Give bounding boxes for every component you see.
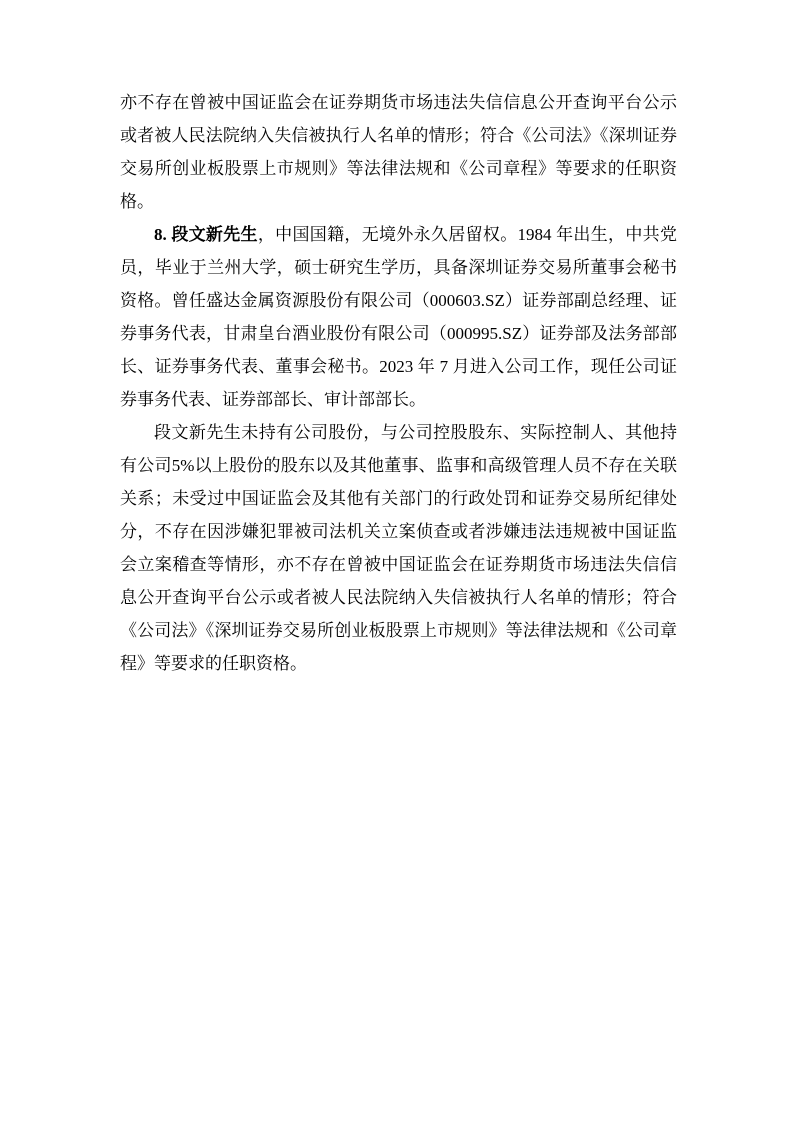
- paragraph-disclosure: 段文新先生未持有公司股份，与公司控股股东、实际控制人、其他持有公司5%以上股份的…: [120, 416, 677, 680]
- document-text-block: 亦不存在曾被中国证监会在证券期货市场违法失信信息公开查询平台公示或者被人民法院纳…: [120, 86, 677, 680]
- paragraph-person-bio: 8. 段文新先生，中国国籍，无境外永久居留权。1984 年出生，中共党员，毕业于…: [120, 218, 677, 416]
- paragraph-text: ，中国国籍，无境外永久居留权。1984 年出生，中共党员，毕业于兰州大学，硕士研…: [120, 225, 677, 409]
- paragraph-continuation: 亦不存在曾被中国证监会在证券期货市场违法失信信息公开查询平台公示或者被人民法院纳…: [120, 86, 677, 218]
- paragraph-text: 段文新先生未持有公司股份，与公司控股股东、实际控制人、其他持有公司5%以上股份的…: [120, 423, 677, 673]
- paragraph-text: 亦不存在曾被中国证监会在证券期货市场违法失信信息公开查询平台公示或者被人民法院纳…: [120, 93, 677, 211]
- document-page: 亦不存在曾被中国证监会在证券期货市场违法失信信息公开查询平台公示或者被人民法院纳…: [0, 0, 793, 1122]
- person-name-bold: 8. 段文新先生: [154, 225, 258, 244]
